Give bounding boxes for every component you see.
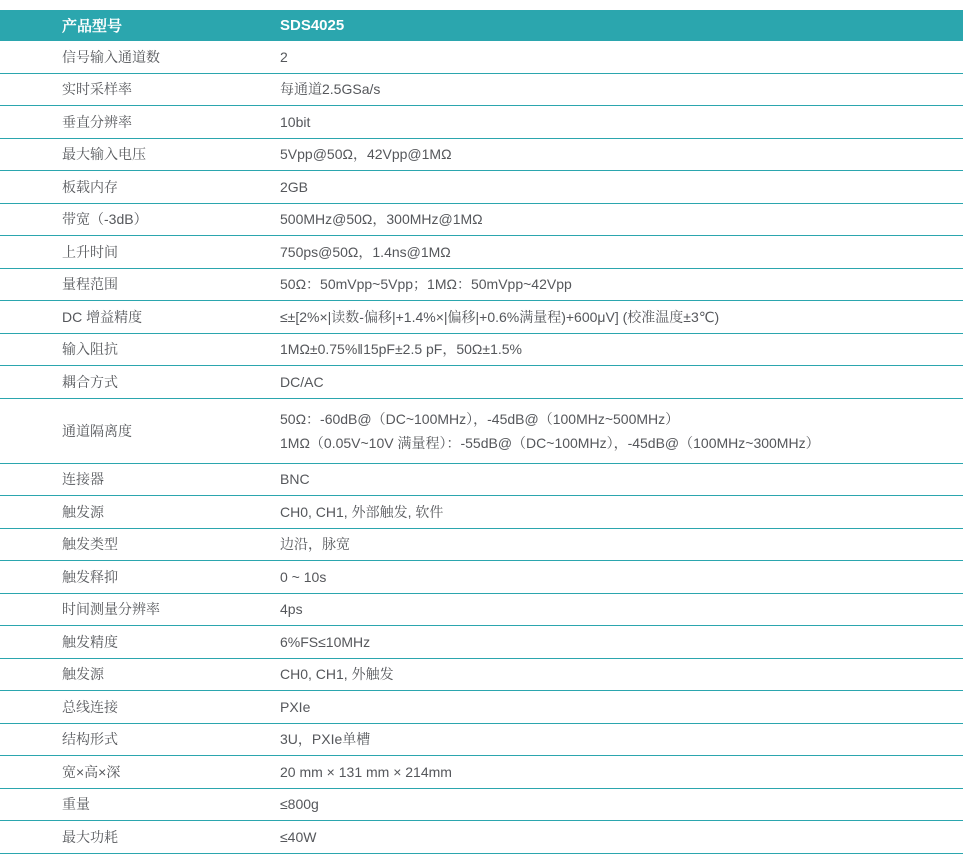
table-row: 信号输入通道数2 xyxy=(0,41,963,74)
spec-rows: 信号输入通道数2实时采样率每通道2.5GSa/s垂直分辨率10bit最大输入电压… xyxy=(0,41,963,854)
table-row: 重量≤800g xyxy=(0,789,963,822)
spec-value: 500MHz@50Ω，300MHz@1MΩ xyxy=(280,209,963,229)
spec-label: 重量 xyxy=(0,794,280,814)
spec-value: 2GB xyxy=(280,179,963,195)
spec-value: 5Vpp@50Ω，42Vpp@1MΩ xyxy=(280,144,963,164)
spec-label: 触发源 xyxy=(0,664,280,684)
table-row: 板载内存2GB xyxy=(0,171,963,204)
spec-label: 耦合方式 xyxy=(0,372,280,392)
spec-value: DC/AC xyxy=(280,374,963,390)
table-row: 宽×高×深20 mm × 131 mm × 214mm xyxy=(0,756,963,789)
table-row: 连接器BNC xyxy=(0,464,963,497)
table-row: 总线连接PXIe xyxy=(0,691,963,724)
spec-label: 总线连接 xyxy=(0,697,280,717)
spec-value: 20 mm × 131 mm × 214mm xyxy=(280,764,963,780)
spec-label: 带宽（-3dB） xyxy=(0,209,280,229)
spec-value-line: 1MΩ（0.05V~10V 满量程）：-55dB@（DC~100MHz），-45… xyxy=(280,431,951,455)
spec-value: ≤40W xyxy=(280,829,963,845)
table-row: 耦合方式DC/AC xyxy=(0,366,963,399)
spec-value: CH0, CH1, 外触发 xyxy=(280,664,963,684)
spec-value: ≤±[2%×|读数-偏移|+1.4%×|偏移|+0.6%满量程)+600μV] … xyxy=(280,307,963,327)
table-row: 输入阻抗1MΩ±0.75%‖15pF±2.5 pF，50Ω±1.5% xyxy=(0,334,963,367)
table-row: 时间测量分辨率4ps xyxy=(0,594,963,627)
spec-label: 连接器 xyxy=(0,469,280,489)
spec-label: 板载内存 xyxy=(0,177,280,197)
spec-label: 宽×高×深 xyxy=(0,762,280,782)
spec-value: 每通道2.5GSa/s xyxy=(280,79,963,99)
spec-value: PXIe xyxy=(280,699,963,715)
table-row: 实时采样率每通道2.5GSa/s xyxy=(0,74,963,107)
spec-value: CH0, CH1, 外部触发, 软件 xyxy=(280,502,963,522)
spec-value: 2 xyxy=(280,49,963,65)
table-row: 触发类型边沿，脉宽 xyxy=(0,529,963,562)
table-row: 触发源CH0, CH1, 外部触发, 软件 xyxy=(0,496,963,529)
product-spec-table: 产品型号 SDS4025 信号输入通道数2实时采样率每通道2.5GSa/s垂直分… xyxy=(0,10,963,854)
spec-label: 时间测量分辨率 xyxy=(0,599,280,619)
table-row: 上升时间750ps@50Ω，1.4ns@1MΩ xyxy=(0,236,963,269)
table-row: 触发精度6%FS≤10MHz xyxy=(0,626,963,659)
table-row: 量程范围50Ω：50mVpp~5Vpp；1MΩ：50mVpp~42Vpp xyxy=(0,269,963,302)
spec-value: 50Ω：-60dB@（DC~100MHz），-45dB@（100MHz~500M… xyxy=(280,407,963,455)
spec-label: 垂直分辨率 xyxy=(0,112,280,132)
spec-label: 输入阻抗 xyxy=(0,339,280,359)
table-row: 最大功耗≤40W xyxy=(0,821,963,854)
spec-label: 量程范围 xyxy=(0,274,280,294)
header-label: 产品型号 xyxy=(0,15,280,36)
table-row: 垂直分辨率10bit xyxy=(0,106,963,139)
spec-label: 信号输入通道数 xyxy=(0,47,280,67)
table-row: 结构形式3U，PXIe单槽 xyxy=(0,724,963,757)
spec-value: 6%FS≤10MHz xyxy=(280,634,963,650)
spec-value: 50Ω：50mVpp~5Vpp；1MΩ：50mVpp~42Vpp xyxy=(280,274,963,294)
header-product-model: SDS4025 xyxy=(280,17,963,34)
spec-value-line: 50Ω：-60dB@（DC~100MHz），-45dB@（100MHz~500M… xyxy=(280,407,951,431)
spec-label: 通道隔离度 xyxy=(0,421,280,441)
spec-label: 结构形式 xyxy=(0,729,280,749)
spec-value: 3U，PXIe单槽 xyxy=(280,729,963,749)
spec-label: 触发类型 xyxy=(0,534,280,554)
spec-value: 0 ~ 10s xyxy=(280,569,963,585)
spec-label: 最大功耗 xyxy=(0,827,280,847)
spec-value: ≤800g xyxy=(280,796,963,812)
spec-value: 1MΩ±0.75%‖15pF±2.5 pF，50Ω±1.5% xyxy=(280,339,963,359)
spec-value: BNC xyxy=(280,471,963,487)
spec-label: 触发源 xyxy=(0,502,280,522)
spec-value: 边沿，脉宽 xyxy=(280,534,963,554)
spec-value: 750ps@50Ω，1.4ns@1MΩ xyxy=(280,242,963,262)
spec-value: 4ps xyxy=(280,601,963,617)
spec-label: 触发释抑 xyxy=(0,567,280,587)
spec-label: 最大输入电压 xyxy=(0,144,280,164)
table-row: DC 增益精度≤±[2%×|读数-偏移|+1.4%×|偏移|+0.6%满量程)+… xyxy=(0,301,963,334)
table-row: 触发源CH0, CH1, 外触发 xyxy=(0,659,963,692)
spec-label: DC 增益精度 xyxy=(0,307,280,327)
table-row: 最大输入电压5Vpp@50Ω，42Vpp@1MΩ xyxy=(0,139,963,172)
table-row: 触发释抑0 ~ 10s xyxy=(0,561,963,594)
spec-label: 实时采样率 xyxy=(0,79,280,99)
spec-value: 10bit xyxy=(280,114,963,130)
spec-label: 上升时间 xyxy=(0,242,280,262)
table-row: 带宽（-3dB）500MHz@50Ω，300MHz@1MΩ xyxy=(0,204,963,237)
table-row: 通道隔离度50Ω：-60dB@（DC~100MHz），-45dB@（100MHz… xyxy=(0,399,963,464)
table-header-row: 产品型号 SDS4025 xyxy=(0,10,963,41)
spec-label: 触发精度 xyxy=(0,632,280,652)
